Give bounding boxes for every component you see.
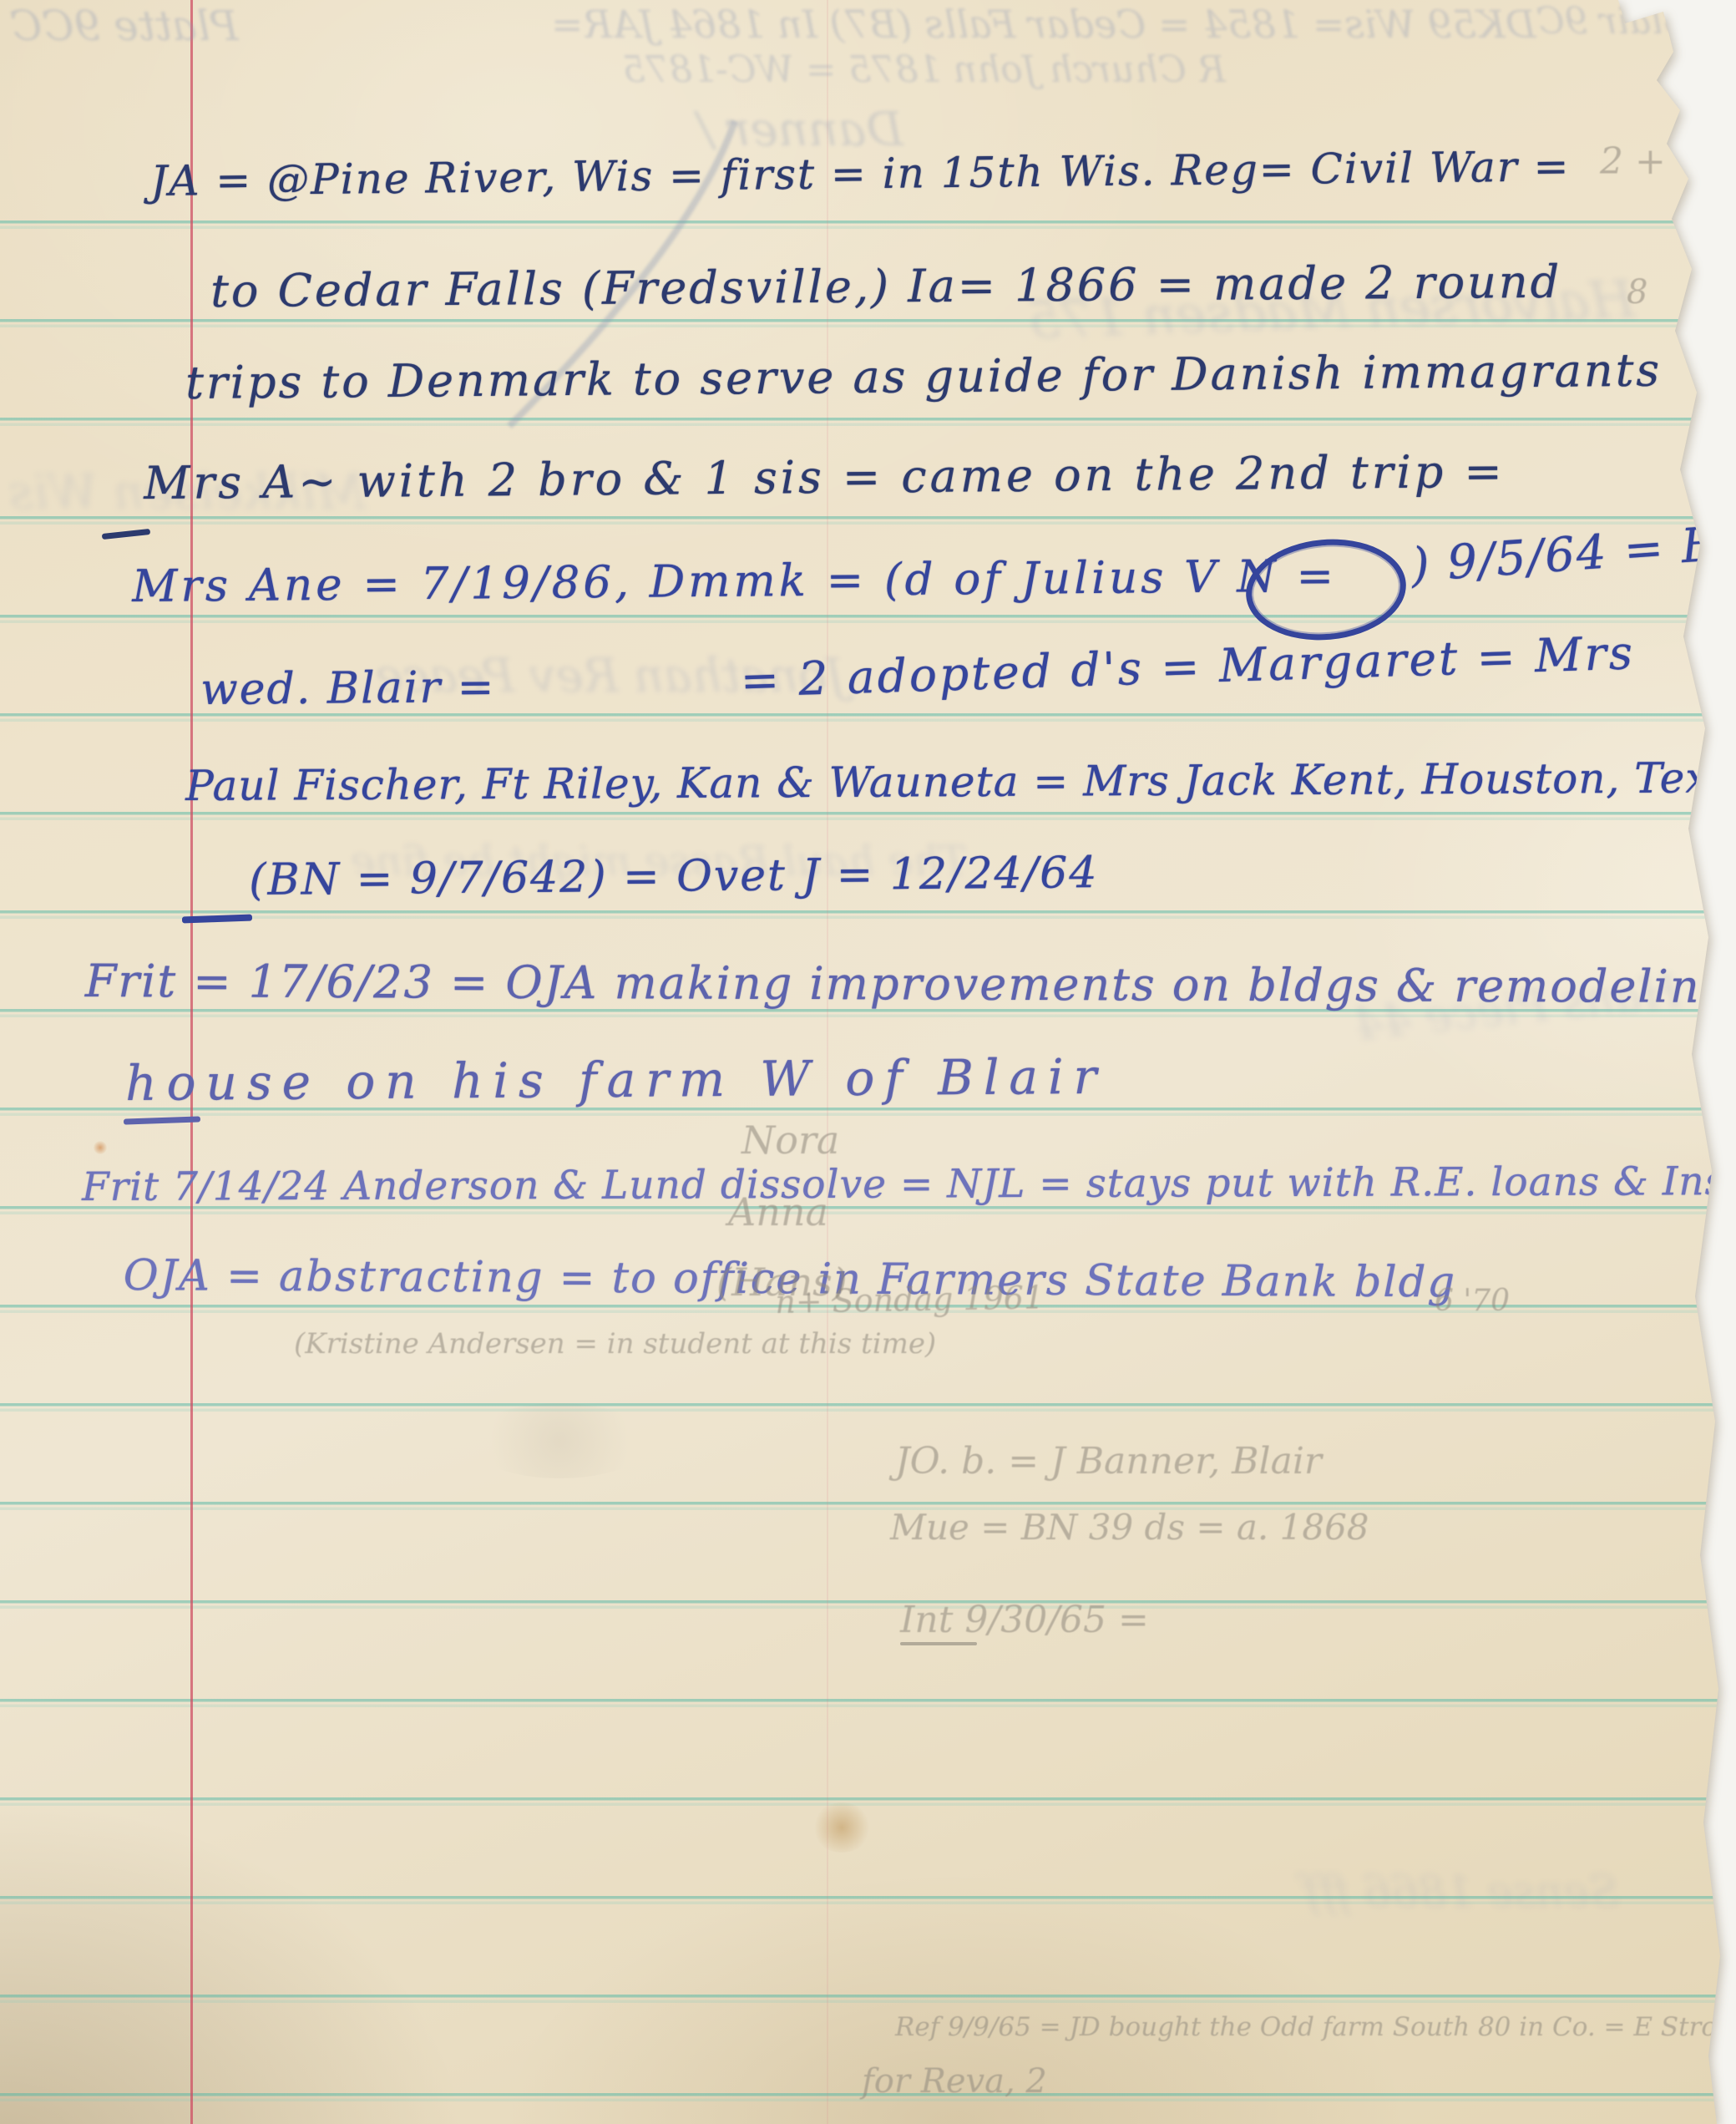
ink-line-5: Mrs Ane = 7/19/86, Dmmk = (d of Julius V… — [132, 554, 1337, 609]
paper-sheet: DK59 Wis= 1854 = Cedar Falls (B7) In 186… — [0, 0, 1736, 2124]
ink-line-11: Frit 7/14/24 Anderson & Lund dissolve = … — [82, 1162, 1736, 1207]
ink-line-2: to Cedar Falls (Fredsville,) Ia= 1866 = … — [210, 260, 1561, 314]
pencil-note: 2 + — [1600, 144, 1666, 180]
stain-spot — [94, 1141, 107, 1154]
bleedthrough-ghost-line: Platte 9CC — [10, 5, 238, 47]
bleedthrough-ghost-line: DK59 Wis= 1854 = Cedar Falls (B7) In 186… — [551, 5, 1536, 43]
pencil-note: Nora — [741, 1121, 839, 1159]
pencil-note: 6 '70 — [1435, 1286, 1510, 1316]
ink-line-10: house on his farm W of Blair — [125, 1052, 1106, 1108]
ink-line-7: Paul Fischer, Ft Riley, Kan & Wauneta = … — [185, 757, 1736, 807]
pencil-note: n+ Sondag 1961 — [775, 1281, 1044, 1318]
stain-smudge — [468, 1403, 651, 1478]
bleedthrough-ghost-scrawl: Sense 1866 fff — [1303, 1871, 1619, 1914]
ink-line-9: Frit = 17/6/23 = OJA making improvements… — [85, 959, 1732, 1010]
pencil-note: Ref 9/9/65 = JD bought the Odd farm Sout… — [895, 2015, 1736, 2040]
pencil-note: Mue = BN 39 ds = a. 1868 — [890, 1510, 1369, 1545]
pencil-note: Int 9/30/65 = — [900, 1602, 1149, 1639]
pencil-note: JO. b. = J Banner, Blair — [895, 1443, 1322, 1480]
pencil-note: 8 — [1627, 276, 1647, 309]
ink-line-4: Mrs A~ with 2 bro & 1 sis = came on the … — [144, 449, 1506, 506]
ink-line-8: (BN = 9/7/642) = Ovet J = 12/24/64 — [249, 851, 1099, 902]
pencil-note: (Kristine Andersen = in student at this … — [294, 1330, 936, 1358]
bleedthrough-ghost-line: R Church John 1875 = WC-1875 — [622, 52, 1226, 89]
ink-line-6-left: wed. Blair = — [200, 666, 496, 712]
stain-spot — [812, 1802, 872, 1853]
pencil-underline-mark — [900, 1642, 977, 1645]
ink-line-3: trips to Denmark to serve as guide for D… — [185, 348, 1662, 406]
paper-wrapper: DK59 Wis= 1854 = Cedar Falls (B7) In 186… — [0, 0, 1736, 2124]
pencil-note: Anna — [728, 1193, 828, 1231]
bleedthrough-ghost-line: Blair 9C — [1536, 3, 1689, 40]
scan-background: DK59 Wis= 1854 = Cedar Falls (B7) In 186… — [0, 0, 1736, 2124]
pencil-note: for Reva, 2 — [862, 2065, 1047, 2098]
